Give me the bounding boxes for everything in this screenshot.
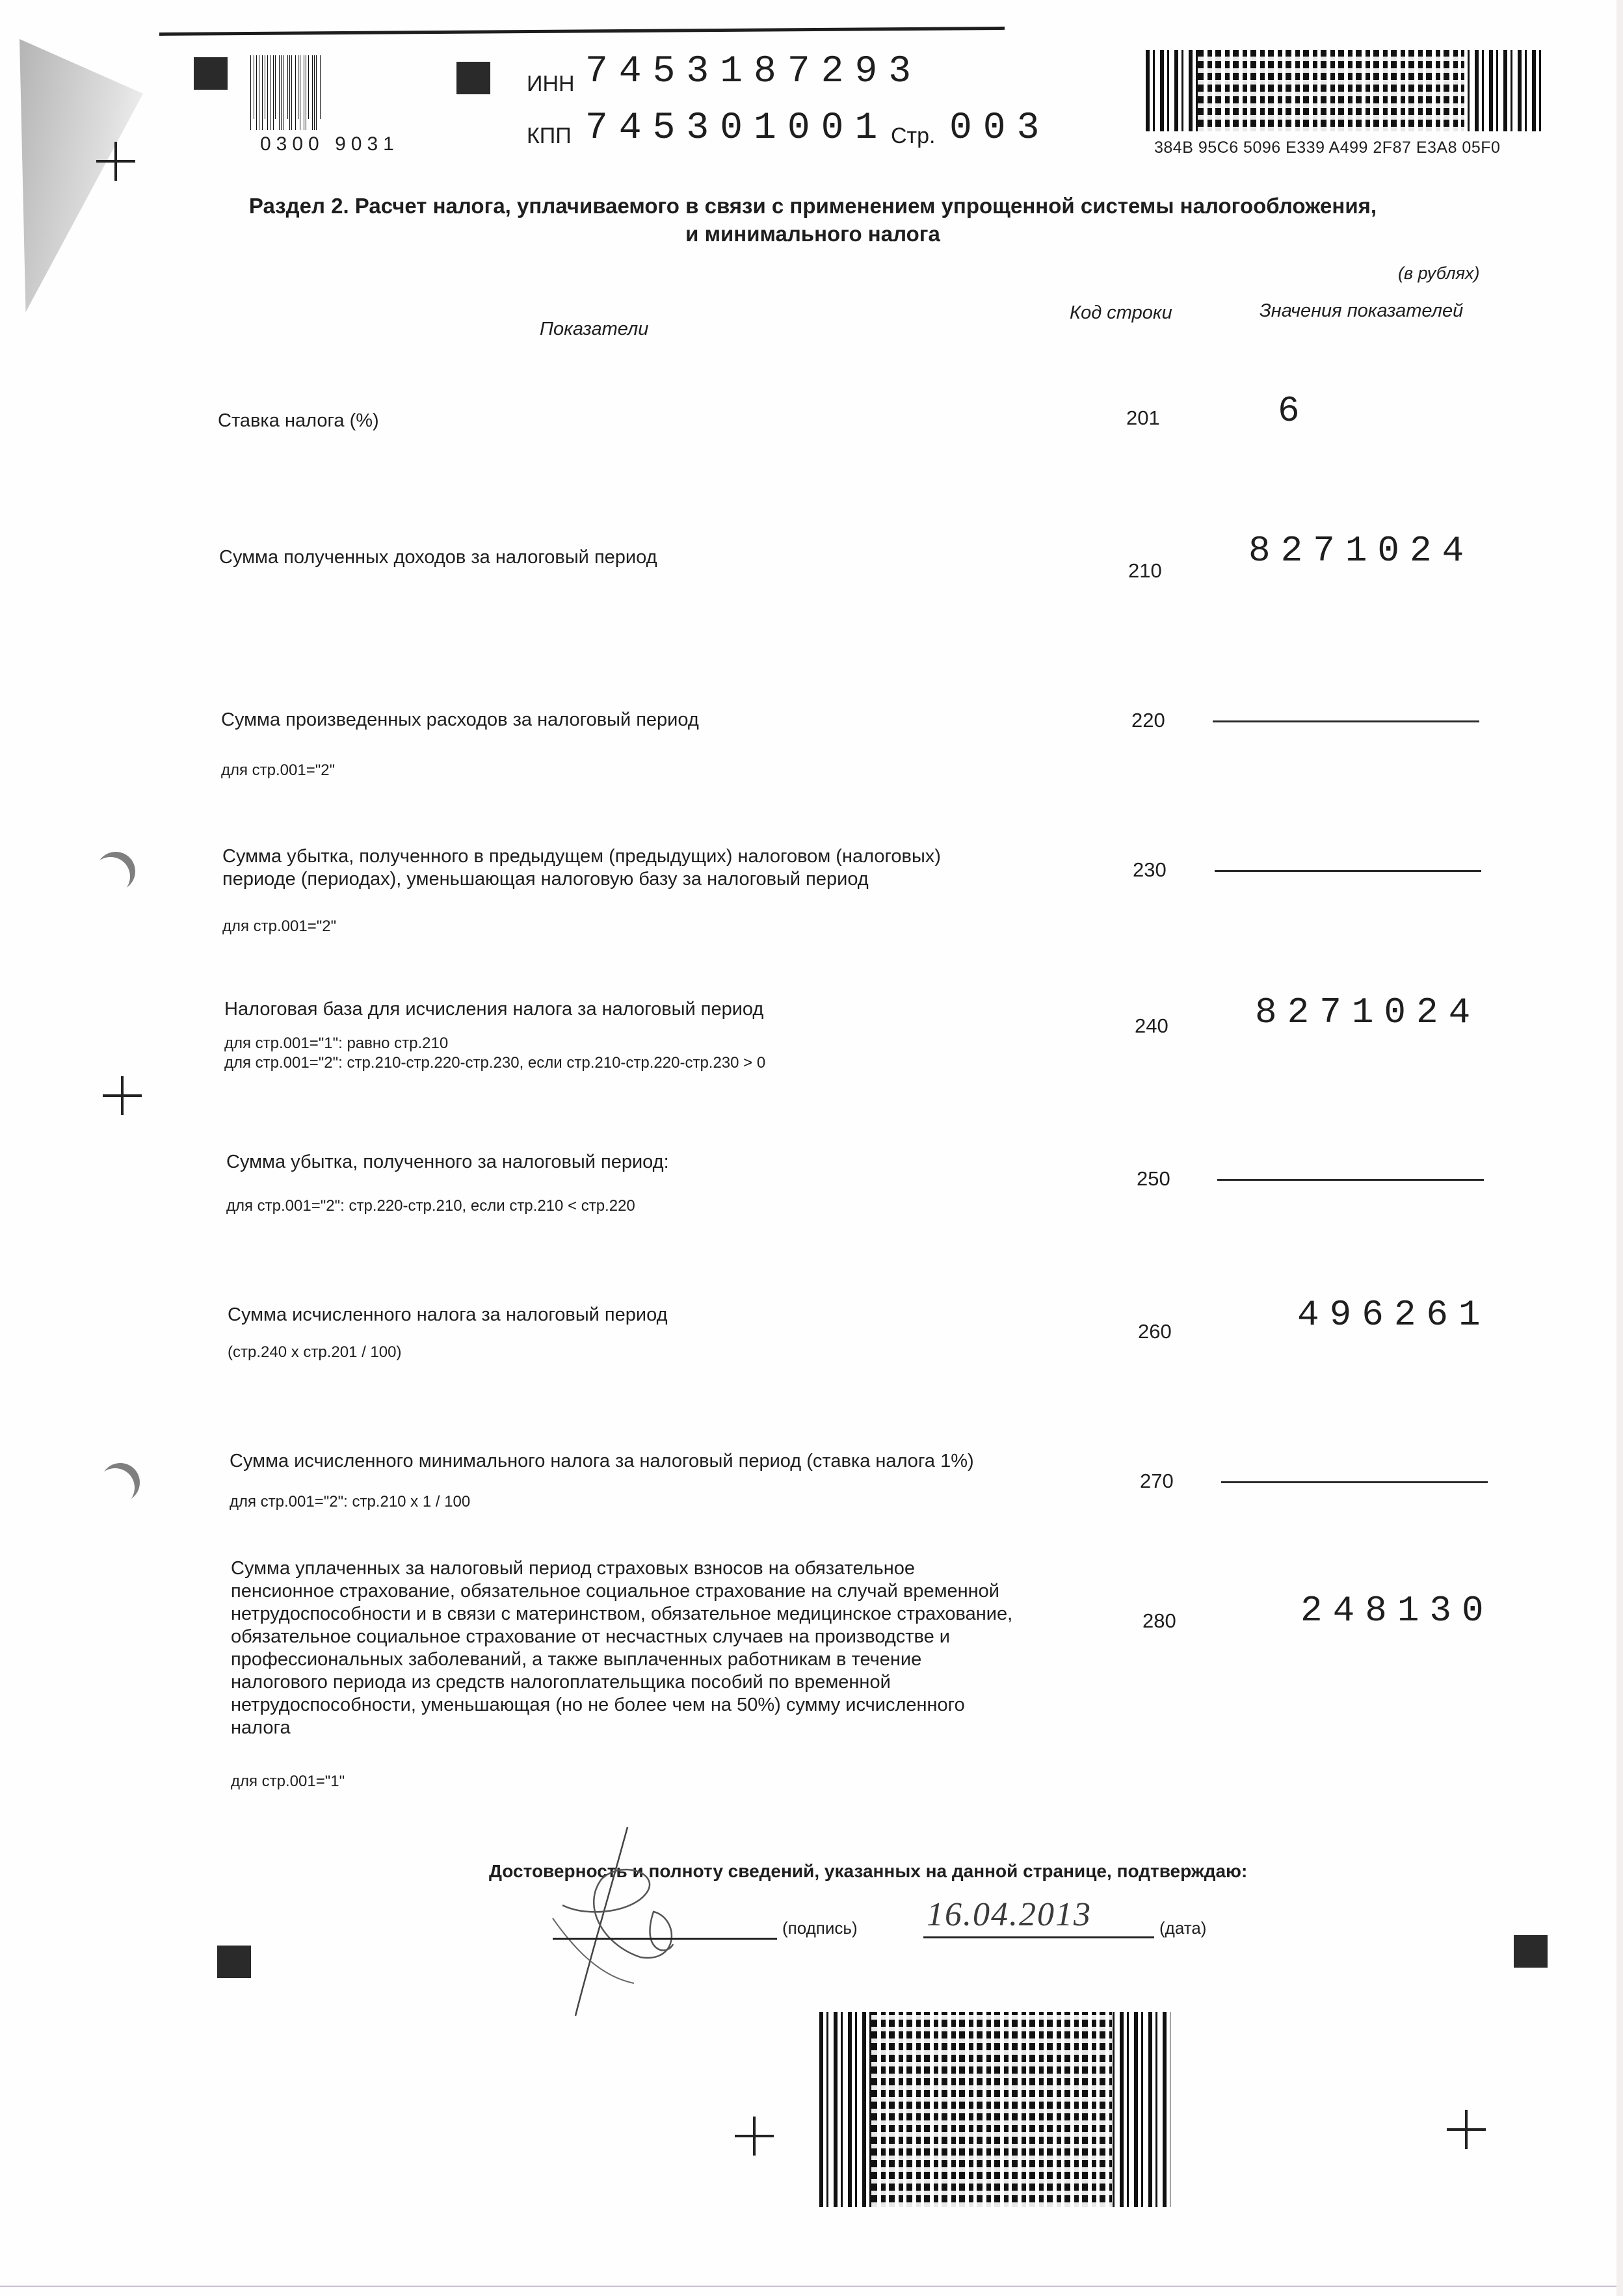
row-label: Сумма исчисленного минимального налога з… bbox=[230, 1450, 974, 1473]
row-value: 6 bbox=[1278, 390, 1310, 432]
registration-square-icon bbox=[217, 1946, 251, 1978]
page-label: Стр. bbox=[891, 124, 935, 149]
column-header-indicators: Показатели bbox=[540, 319, 648, 340]
row-note: для стр.001="2" bbox=[222, 917, 336, 936]
row-code: 201 bbox=[1126, 406, 1160, 430]
registration-square-icon bbox=[1514, 1935, 1548, 1968]
crosshair-icon bbox=[1447, 2110, 1486, 2149]
row-code: 270 bbox=[1140, 1470, 1174, 1493]
empty-value-dash bbox=[1215, 870, 1481, 872]
row-code: 260 bbox=[1138, 1320, 1172, 1343]
row-code: 210 bbox=[1128, 559, 1162, 583]
barcode-number: 0300 9031 bbox=[260, 133, 399, 155]
row-code: 230 bbox=[1133, 858, 1167, 882]
kpp-value: 745301001 bbox=[585, 107, 888, 150]
inn-label: ИНН bbox=[527, 72, 575, 97]
row-label: Сумма убытка, полученного за налоговый п… bbox=[226, 1151, 669, 1174]
kpp-label: КПП bbox=[527, 124, 572, 149]
crosshair-icon bbox=[735, 2117, 774, 2156]
title-line-2: и минимального налога bbox=[163, 220, 1463, 248]
page-number: 003 bbox=[949, 107, 1050, 150]
registration-square-icon bbox=[194, 57, 228, 90]
column-header-line-code: Код строки bbox=[1070, 302, 1172, 324]
linear-barcode-icon bbox=[250, 55, 322, 130]
row-label: Налоговая база для исчисления налога за … bbox=[224, 998, 763, 1021]
empty-value-dash bbox=[1217, 1179, 1484, 1181]
row-label: Сумма исчисленного налога за налоговый п… bbox=[228, 1304, 668, 1326]
inn-value: 7453187293 bbox=[585, 51, 922, 93]
top-edge-line bbox=[159, 27, 1005, 36]
barcode-hex-code: 384B 95C6 5096 E339 A499 2F87 E3A8 05F0 bbox=[1154, 139, 1500, 157]
section-title: Раздел 2. Расчет налога, уплачиваемого в… bbox=[163, 192, 1463, 248]
signature-caption: (подпись) bbox=[782, 1918, 858, 1938]
punch-hole-mark-icon bbox=[96, 852, 135, 891]
row-note: для стр.001="1": равно стр.210 для стр.0… bbox=[224, 1034, 765, 1073]
row-value: 248130 bbox=[1300, 1590, 1494, 1631]
date-caption: (дата) bbox=[1159, 1918, 1206, 1938]
row-label: Сумма полученных доходов за налоговый пе… bbox=[219, 546, 657, 569]
row-note: для стр.001="2" bbox=[221, 761, 335, 780]
crosshair-icon bbox=[96, 142, 135, 181]
row-value: 8271024 bbox=[1248, 530, 1474, 572]
row-note: для стр.001="1" bbox=[231, 1772, 345, 1791]
row-code: 220 bbox=[1131, 709, 1165, 732]
right-edge bbox=[1616, 0, 1623, 2296]
column-header-values: Значения показателей bbox=[1260, 300, 1463, 322]
crosshair-icon bbox=[103, 1076, 142, 1115]
date-line bbox=[923, 1936, 1154, 1938]
row-label: Сумма произведенных расходов за налоговы… bbox=[221, 709, 699, 732]
row-code: 280 bbox=[1142, 1609, 1176, 1633]
row-label: Сумма убытка, полученного в предыдущем (… bbox=[222, 845, 941, 891]
row-label: Ставка налога (%) bbox=[218, 410, 379, 432]
registration-square-icon bbox=[456, 62, 490, 94]
empty-value-dash bbox=[1213, 720, 1479, 722]
signing-date: 16.04.2013 bbox=[927, 1895, 1092, 1934]
row-note: для стр.001="2": стр.210 x 1 / 100 bbox=[230, 1492, 470, 1512]
2d-barcode-icon bbox=[819, 2012, 1170, 2207]
signature-line bbox=[553, 1938, 777, 1940]
row-code: 250 bbox=[1137, 1167, 1170, 1191]
empty-value-dash bbox=[1221, 1481, 1488, 1483]
row-code: 240 bbox=[1135, 1014, 1168, 1038]
row-note: для стр.001="2": стр.220-стр.210, если с… bbox=[226, 1196, 635, 1216]
bottom-edge-line bbox=[0, 2286, 1623, 2287]
punch-hole-mark-icon bbox=[101, 1463, 140, 1502]
row-value: 8271024 bbox=[1255, 992, 1481, 1033]
signature-icon bbox=[549, 1821, 803, 2029]
title-line-1: Раздел 2. Расчет налога, уплачиваемого в… bbox=[163, 192, 1463, 220]
units-label: (в рублях) bbox=[1398, 263, 1480, 284]
2d-barcode-icon bbox=[1146, 50, 1542, 131]
row-note: (стр.240 x стр.201 / 100) bbox=[228, 1343, 401, 1362]
row-value: 496261 bbox=[1297, 1294, 1491, 1336]
row-label: Сумма уплаченных за налоговый период стр… bbox=[231, 1557, 1012, 1739]
